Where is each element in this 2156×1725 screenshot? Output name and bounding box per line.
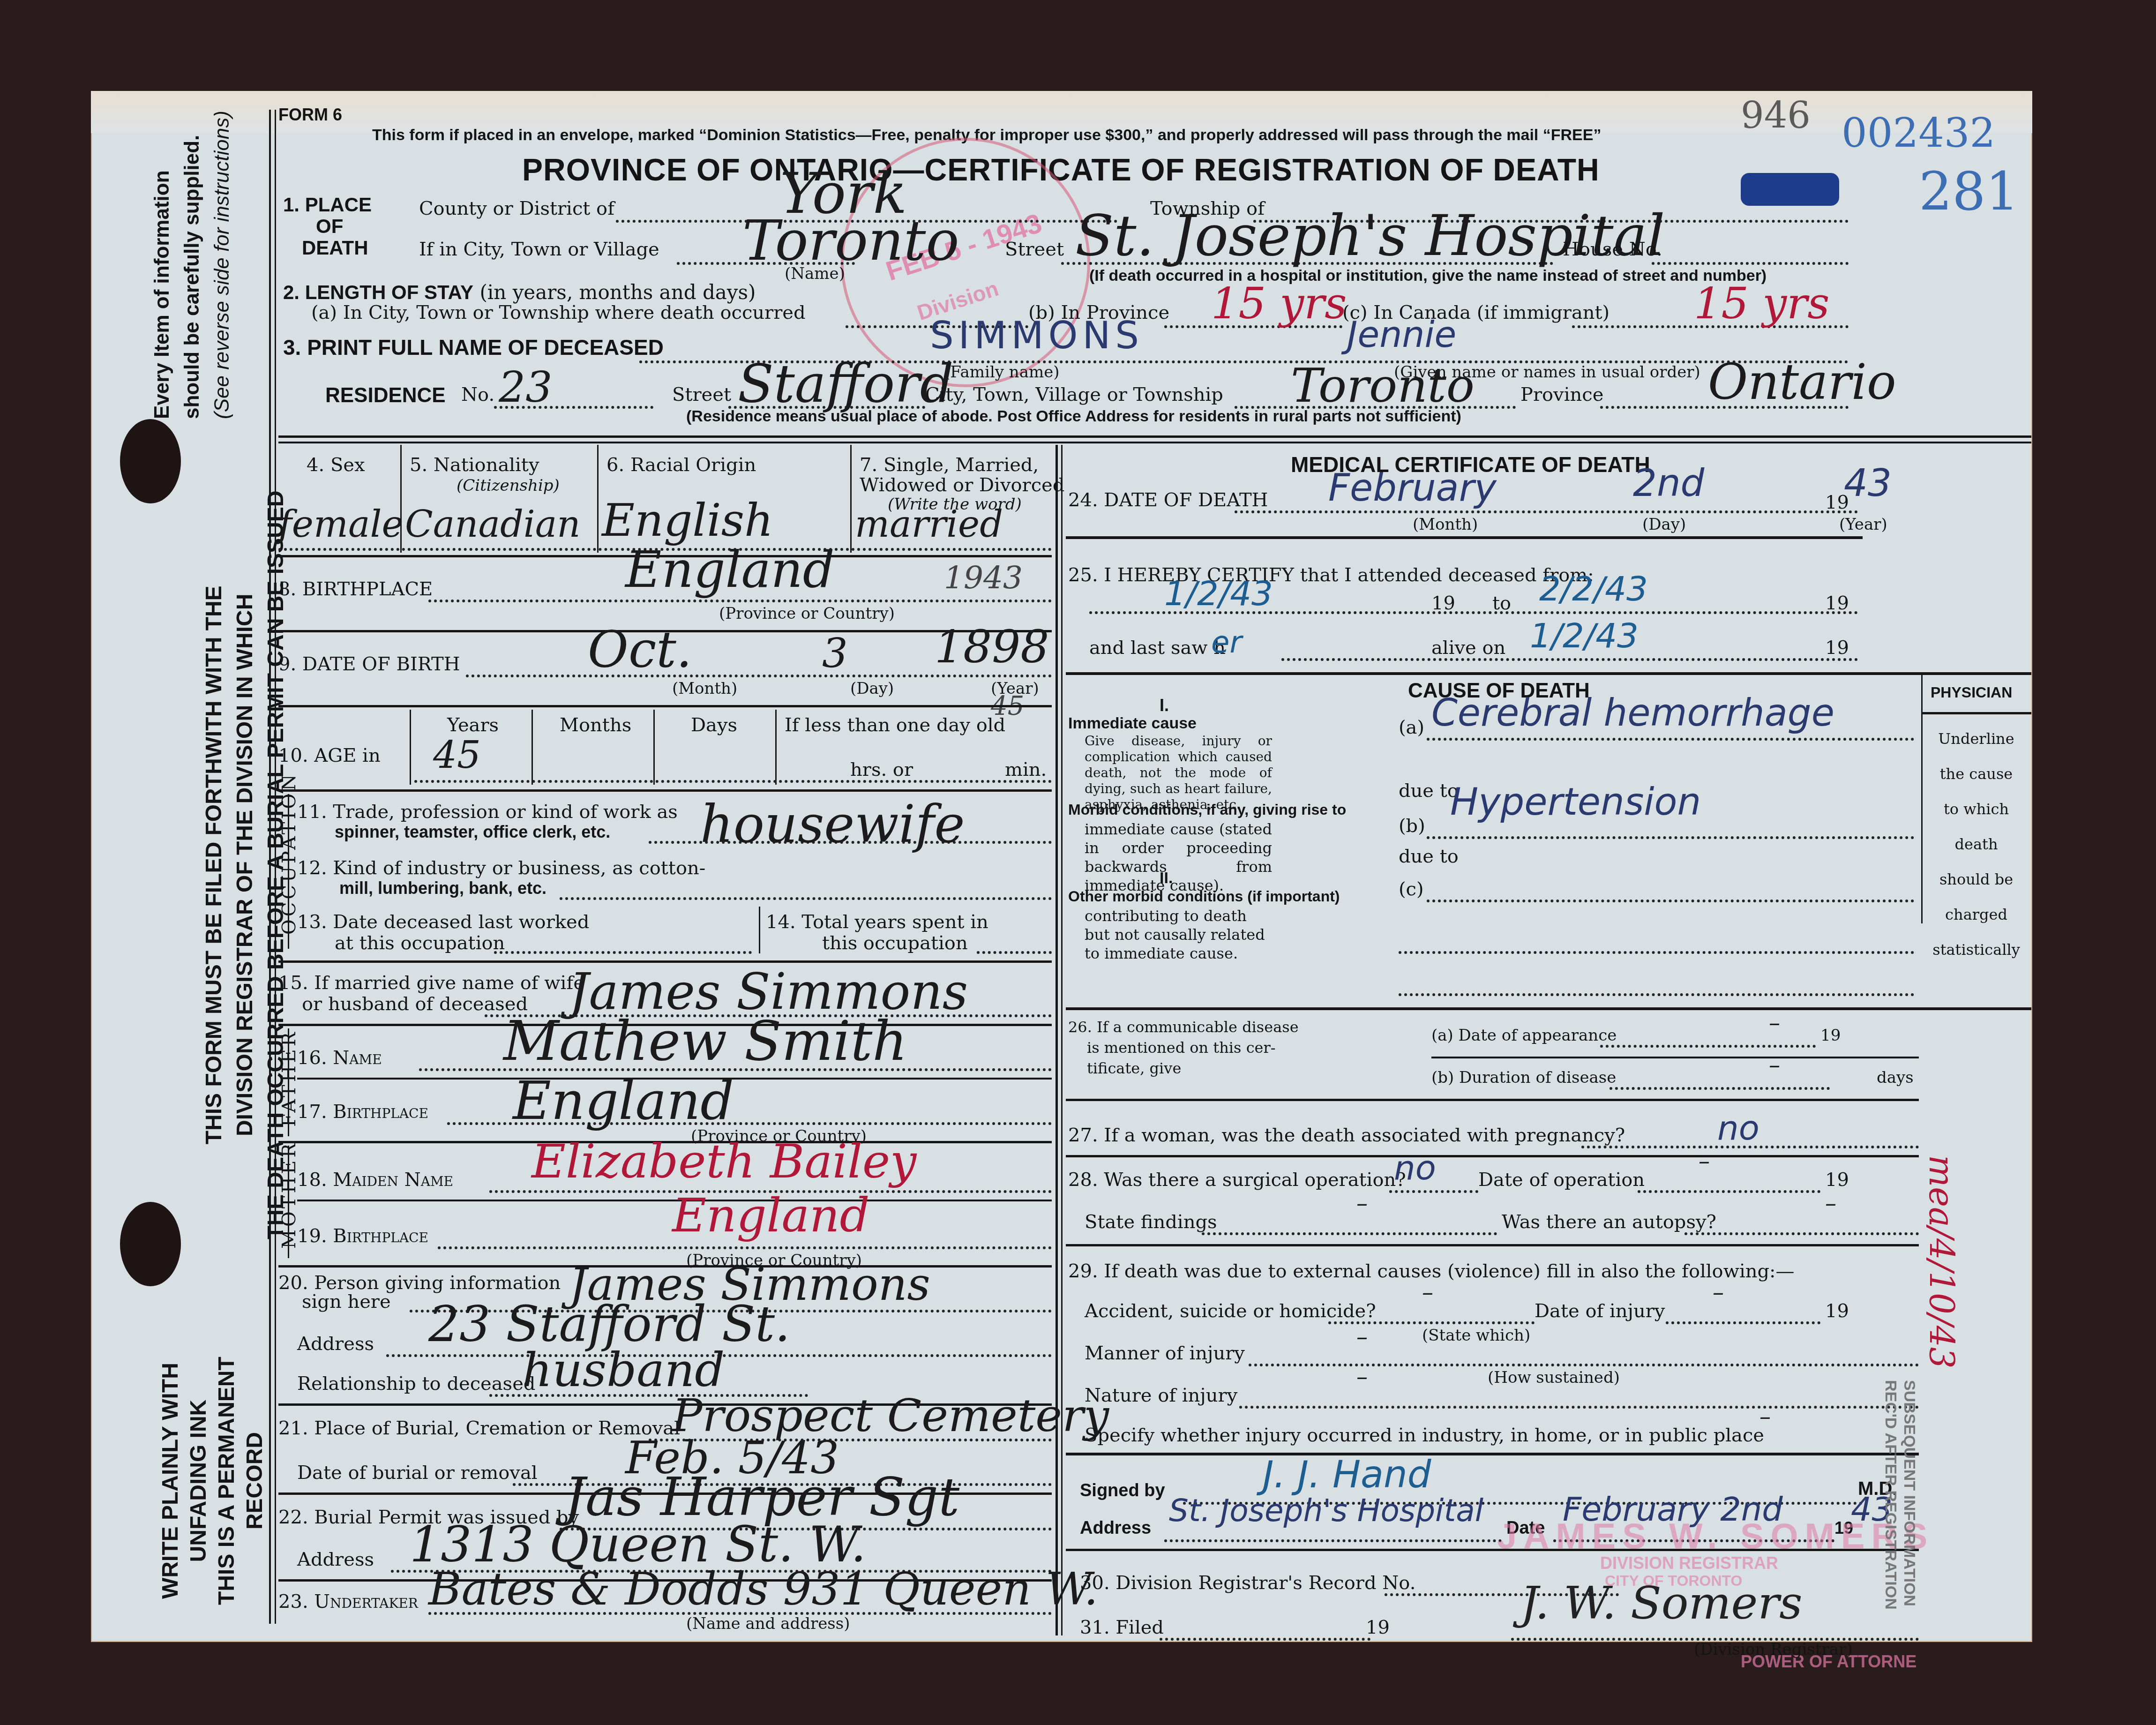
injury-19: 19 bbox=[1825, 1300, 1849, 1322]
operation-date-value[interactable]: – bbox=[1699, 1148, 1710, 1174]
alive-on-line bbox=[1281, 658, 1858, 661]
registration-number: 002432 bbox=[1842, 110, 1995, 157]
house-label: House No. bbox=[1563, 239, 1662, 260]
margin-filing-notice: THIS FORM MUST BE FILED FORTHWITH WITH T… bbox=[199, 491, 292, 1239]
operation-date-line bbox=[1638, 1190, 1820, 1193]
margin-line: (See reverse side for instructions) bbox=[207, 111, 237, 419]
mother-maiden-value[interactable]: Elizabeth Bailey bbox=[532, 1134, 917, 1189]
autopsy-label: Was there an autopsy? bbox=[1502, 1211, 1716, 1233]
dod-month-value[interactable]: February bbox=[1328, 466, 1497, 510]
filed-label: 31. Filed bbox=[1080, 1617, 1164, 1638]
surgery-label: 28. Was there a surgical operation? bbox=[1068, 1169, 1406, 1191]
margin-divider bbox=[269, 110, 271, 1624]
signature-address-label: Address bbox=[1080, 1518, 1151, 1538]
to-label: to bbox=[1492, 592, 1511, 614]
county-label: County or District of bbox=[419, 198, 614, 219]
stay-canada-value[interactable]: 15 yrs bbox=[1694, 278, 1829, 329]
dob-month-caption: (Month) bbox=[672, 679, 737, 698]
dod-month-caption: (Month) bbox=[1413, 515, 1478, 534]
racial-origin-label: 6. Racial Origin bbox=[606, 454, 756, 476]
dob-day-caption: (Day) bbox=[850, 679, 894, 698]
immediate-cause-title: Immediate cause bbox=[1068, 714, 1197, 733]
row-divider bbox=[1066, 1099, 1919, 1101]
residence-province-value[interactable]: Ontario bbox=[1708, 353, 1896, 411]
duration-line bbox=[1610, 1087, 1830, 1090]
physician-note-line: to which bbox=[1926, 792, 2027, 827]
age-label: 10. AGE in bbox=[278, 745, 381, 766]
cell-divider bbox=[850, 445, 852, 553]
morbid-note: immediate cause (stated in order proceed… bbox=[1085, 820, 1272, 895]
cell-divider bbox=[759, 907, 760, 953]
column-divider bbox=[1056, 445, 1058, 1635]
communicable-label: 26. If a communicable disease is mention… bbox=[1068, 1017, 1299, 1079]
residence-note: (Residence means usual place of abode. P… bbox=[686, 407, 1461, 426]
cell-divider bbox=[775, 710, 777, 785]
residence-label: RESIDENCE bbox=[325, 384, 446, 407]
findings-label: State findings bbox=[1085, 1211, 1217, 1233]
registrar-stamp-title: DIVISION REGISTRAR bbox=[1600, 1553, 1778, 1573]
undertaker-label: 23. Undertaker bbox=[278, 1591, 418, 1612]
signature-address-value[interactable]: St. Joseph's Hospital bbox=[1169, 1492, 1483, 1529]
place-of-death-label: 1. PLACE OF DEATH bbox=[283, 194, 372, 259]
cell-divider bbox=[410, 710, 411, 785]
last-saw-pronoun[interactable]: er bbox=[1211, 625, 1242, 660]
cause-due-to-1: due to bbox=[1399, 780, 1459, 802]
nationality-note: (Citizenship) bbox=[457, 476, 560, 495]
label-part: PLACE bbox=[305, 194, 372, 216]
dod-line bbox=[1235, 510, 1858, 513]
stamped-number-top: 946 bbox=[1741, 95, 1811, 137]
cause-section-2: II. bbox=[1160, 869, 1173, 887]
row-divider bbox=[1066, 1007, 2031, 1010]
mother-birthplace-line bbox=[438, 1246, 1052, 1249]
injury-date-value[interactable]: – bbox=[1713, 1279, 1724, 1305]
last-worked-label-2: at this occupation bbox=[335, 932, 505, 954]
age-min-label: min. bbox=[1005, 759, 1047, 780]
residence-city-value[interactable]: Toronto bbox=[1291, 358, 1475, 413]
margin-ink-notice: WRITE PLAINLY WITH UNFADING INK THIS IS … bbox=[157, 1357, 269, 1605]
cause-b-line bbox=[1427, 836, 1914, 839]
physician-note-line: Underline bbox=[1926, 721, 2027, 757]
row-divider bbox=[278, 789, 1052, 792]
alive-on-label: alive on bbox=[1431, 637, 1505, 659]
spouse-label-2: or husband of deceased bbox=[302, 993, 528, 1015]
row-divider bbox=[1066, 672, 2031, 675]
other-conditions-line-1 bbox=[1399, 951, 1914, 954]
margin-line: UNFADING INK bbox=[185, 1357, 213, 1605]
other-morbid-note: contributing to death but not causally r… bbox=[1085, 907, 1272, 963]
age-years-value[interactable]: 45 bbox=[433, 733, 481, 777]
age-days-label: Days bbox=[691, 714, 737, 736]
cause-a-value[interactable]: Cerebral hemorrhage bbox=[1431, 691, 1834, 735]
subsequent-info-note: mea/4/10/43 bbox=[1922, 1155, 1961, 1369]
stamp-line: REC'D AFTER REGISTRATION bbox=[1881, 1380, 1900, 1610]
manner-label: Manner of injury bbox=[1085, 1342, 1245, 1364]
nature-label: Nature of injury bbox=[1085, 1385, 1237, 1406]
father-birthplace-label: 17. Birthplace bbox=[297, 1101, 428, 1123]
relationship-label: Relationship to deceased bbox=[297, 1373, 535, 1395]
dob-line bbox=[466, 675, 1052, 677]
dob-day-value[interactable]: 3 bbox=[822, 630, 848, 677]
last-worked-label-1: 13. Date deceased last worked bbox=[297, 911, 589, 933]
cause-b-value[interactable]: Hypertension bbox=[1450, 780, 1701, 824]
other-morbid-title: Other morbid conditions (if important) bbox=[1068, 888, 1340, 905]
residence-street-value[interactable]: Stafford bbox=[738, 353, 954, 414]
mother-birthplace-value[interactable]: England bbox=[672, 1188, 869, 1243]
physician-note-line: the cause bbox=[1926, 757, 2027, 792]
morbid-title: Morbid conditions, if any, giving rise t… bbox=[1068, 801, 1346, 818]
row-divider bbox=[1066, 536, 1863, 539]
dod-label: 24. DATE OF DEATH bbox=[1068, 489, 1268, 511]
record-no-label: 30. Division Registrar's Record No. bbox=[1080, 1572, 1415, 1594]
physician-note-line: death bbox=[1926, 827, 2027, 862]
birthplace-label: 8. BIRTHPLACE bbox=[278, 578, 433, 600]
length-of-stay-label: 2. LENGTH OF STAY (in years, months and … bbox=[283, 281, 756, 304]
section-divider bbox=[278, 442, 2031, 443]
autopsy-line bbox=[1684, 1232, 1919, 1235]
pregnancy-label: 27. If a woman, was the death associated… bbox=[1068, 1125, 1625, 1146]
age-less-label: If less than one day old bbox=[785, 714, 1005, 736]
city-value[interactable]: Toronto bbox=[742, 208, 959, 273]
row-divider bbox=[1431, 1057, 1919, 1058]
physician-note-line: charged bbox=[1926, 897, 2027, 932]
filed-line bbox=[1160, 1638, 1370, 1641]
margin-line: RECORD bbox=[241, 1357, 269, 1605]
last-saw-label: and last saw h bbox=[1089, 637, 1226, 659]
label-part: DEATH bbox=[283, 237, 368, 259]
attended-to-19: 19 bbox=[1825, 592, 1849, 614]
father-name-value[interactable]: Mathew Smith bbox=[503, 1010, 907, 1073]
sex-label: 4. Sex bbox=[307, 454, 365, 476]
marital-label-2: Widowed or Divorced bbox=[860, 474, 1064, 496]
margin-line: DIVISION REGISTRAR OF THE DIVISION IN WH… bbox=[230, 491, 261, 1239]
registrar-signature[interactable]: J. W. Somers bbox=[1520, 1577, 1803, 1629]
given-name-value[interactable]: Jennie bbox=[1347, 314, 1456, 355]
occupation-section-label: OCCUPATION bbox=[278, 772, 300, 935]
burial-place-label: 21. Place of Burial, Cremation or Remova… bbox=[278, 1417, 680, 1439]
appearance-19: 19 bbox=[1820, 1026, 1841, 1045]
physician-header-rule bbox=[1921, 712, 2031, 714]
surgery-value[interactable]: no bbox=[1394, 1148, 1436, 1187]
dob-month-value[interactable]: Oct. bbox=[588, 621, 692, 678]
certify-label: 25. I HEREBY CERTIFY that I attended dec… bbox=[1068, 564, 1594, 586]
nationality-value[interactable]: Canadian bbox=[405, 503, 581, 546]
physician-header: PHYSICIAN bbox=[1931, 684, 2012, 701]
column-divider bbox=[1061, 445, 1063, 1635]
margin-line: THIS IS A PERMANENT bbox=[213, 1357, 241, 1605]
street-label: Street bbox=[1005, 239, 1064, 260]
dod-day-value[interactable]: 2nd bbox=[1633, 461, 1704, 505]
name-caption: (Name) bbox=[785, 264, 845, 283]
other-conditions-line-2 bbox=[1399, 993, 1914, 996]
trade-label-2: spinner, teamster, office clerk, etc. bbox=[335, 822, 610, 842]
nature-value[interactable]: – bbox=[1356, 1364, 1368, 1390]
marital-label-1: 7. Single, Married, bbox=[860, 454, 1039, 476]
informant-address-label: Address bbox=[297, 1333, 374, 1355]
industry-line bbox=[560, 897, 1052, 900]
cause-b-label: (b) bbox=[1399, 815, 1425, 837]
total-years-label-1: 14. Total years spent in bbox=[766, 911, 988, 933]
industry-label-2: mill, lumbering, bank, etc. bbox=[339, 878, 546, 898]
registrar-caption: (Division Registrar) bbox=[1694, 1640, 1853, 1659]
section-divider bbox=[278, 435, 2031, 438]
row-divider bbox=[1066, 1453, 1919, 1455]
label-part: OF bbox=[283, 215, 343, 237]
row-divider bbox=[1066, 1155, 1919, 1157]
specify-label: Specify whether injury occurred in indus… bbox=[1085, 1425, 1764, 1446]
duration-label: (b) Duration of disease bbox=[1431, 1068, 1616, 1087]
mother-maiden-label: 18. Maiden Name bbox=[297, 1169, 453, 1191]
attended-from-19: 19 bbox=[1431, 592, 1455, 614]
family-name-caption: (Family name) bbox=[944, 363, 1060, 382]
label-part: tificate, give bbox=[1068, 1058, 1299, 1079]
house-line bbox=[1652, 262, 1849, 265]
findings-line bbox=[1202, 1232, 1497, 1235]
dod-day-caption: (Day) bbox=[1642, 515, 1686, 534]
marital-value[interactable]: married bbox=[855, 503, 1003, 546]
dob-year-value[interactable]: 1898 bbox=[935, 621, 1049, 673]
cell-divider bbox=[653, 710, 655, 785]
spouse-label-1: 15. If married give name of wife bbox=[278, 972, 584, 994]
family-name-value[interactable]: SIMMONS bbox=[930, 314, 1144, 357]
accident-value[interactable]: – bbox=[1422, 1279, 1433, 1305]
injury-date-label: Date of injury bbox=[1535, 1300, 1665, 1322]
father-birthplace-value[interactable]: England bbox=[513, 1071, 734, 1132]
birthplace-calculation: 1943 bbox=[944, 560, 1023, 596]
operation-19: 19 bbox=[1825, 1169, 1849, 1191]
row-divider bbox=[278, 705, 1052, 707]
nationality-label: 5. Nationality bbox=[410, 454, 539, 476]
surgery-line bbox=[1389, 1190, 1478, 1193]
autopsy-value[interactable]: – bbox=[1825, 1190, 1836, 1216]
informant-label-2: sign here bbox=[302, 1291, 391, 1312]
operation-date-label: Date of operation bbox=[1478, 1169, 1645, 1191]
accident-label: Accident, suicide or homicide? bbox=[1085, 1300, 1376, 1322]
attended-from-value[interactable]: 1/2/43 bbox=[1164, 574, 1273, 613]
last-worked-line bbox=[494, 951, 752, 954]
registrar-stamp-name: JAMES W. SOMERS bbox=[1497, 1516, 1934, 1557]
deceased-name-label: 3. PRINT FULL NAME OF DECEASED bbox=[283, 335, 664, 360]
margin-line: Every Item of information bbox=[147, 111, 177, 419]
nature-line bbox=[1239, 1406, 1919, 1409]
cause-section-1: I. bbox=[1160, 696, 1169, 715]
trade-label-1: 11. Trade, profession or kind of work as bbox=[297, 801, 678, 823]
cause-due-to-2: due to bbox=[1399, 846, 1459, 867]
division-number: 281 bbox=[1919, 161, 2019, 222]
stay-province-value[interactable]: 15 yrs bbox=[1211, 278, 1347, 329]
undertaker-caption: (Name and address) bbox=[686, 1614, 850, 1633]
residence-no-label: No. bbox=[461, 384, 494, 405]
manner-line bbox=[1249, 1364, 1919, 1366]
residence-no-value[interactable]: 23 bbox=[499, 363, 553, 412]
appearance-value[interactable]: – bbox=[1769, 1010, 1780, 1036]
margin-line: THIS FORM MUST BE FILED FORTHWITH WITH T… bbox=[199, 491, 230, 1239]
permit-address-label: Address bbox=[297, 1549, 374, 1570]
physician-note-line: statistically bbox=[1926, 932, 2027, 967]
cell-divider bbox=[532, 710, 533, 785]
dod-year-value[interactable]: 43 bbox=[1844, 461, 1892, 505]
age-line bbox=[414, 780, 1052, 783]
undertaker-value[interactable]: Bates & Dodds 931 Queen W. bbox=[428, 1563, 1098, 1615]
birthplace-value[interactable]: England bbox=[625, 541, 835, 599]
stay-city-label: (a) In City, Town or Township where deat… bbox=[311, 302, 806, 323]
cause-c-label: (c) bbox=[1399, 878, 1424, 900]
industry-label-1: 12. Kind of industry or business, as cot… bbox=[297, 857, 705, 879]
city-label: If in City, Town or Village bbox=[419, 239, 659, 260]
label-part: 26. If a communicable disease bbox=[1068, 1017, 1299, 1037]
alive-on-value[interactable]: 1/2/43 bbox=[1530, 616, 1639, 655]
racial-origin-value[interactable]: English bbox=[602, 494, 773, 547]
findings-value[interactable]: – bbox=[1356, 1190, 1368, 1216]
physician-signature[interactable]: J. J. Hand bbox=[1263, 1453, 1431, 1496]
dob-label: 9. DATE OF BIRTH bbox=[278, 653, 460, 675]
margin-divider bbox=[275, 110, 276, 1624]
alive-on-19: 19 bbox=[1825, 637, 1849, 659]
total-years-line bbox=[977, 951, 1052, 954]
birthplace-line bbox=[428, 600, 1052, 602]
duration-value[interactable]: – bbox=[1769, 1052, 1780, 1078]
institution-note: (If death occurred in a hospital or inst… bbox=[1089, 267, 1767, 285]
margin-line: should be carefully supplied. bbox=[177, 111, 207, 419]
form-number: FORM 6 bbox=[278, 105, 342, 125]
specify-value[interactable]: – bbox=[1759, 1403, 1771, 1430]
residence-province-label: Province bbox=[1520, 384, 1603, 405]
age-months-label: Months bbox=[560, 714, 631, 736]
attended-to-value[interactable]: 2/2/43 bbox=[1539, 569, 1648, 608]
item-number: 1. bbox=[283, 194, 299, 216]
burial-date-label: Date of burial or removal bbox=[297, 1462, 538, 1484]
appearance-line bbox=[1600, 1045, 1816, 1048]
cause-a-line bbox=[1427, 738, 1914, 741]
manner-value[interactable]: – bbox=[1356, 1324, 1368, 1350]
binder-hole-bottom bbox=[120, 1202, 181, 1286]
certificate-paper: Every Item of information should be care… bbox=[91, 91, 2032, 1642]
label-part: is mentioned on this cer- bbox=[1068, 1037, 1299, 1058]
margin-instructions: Every Item of information should be care… bbox=[147, 111, 237, 419]
cause-a-label: (a) bbox=[1399, 717, 1424, 738]
birthplace-caption: (Province or Country) bbox=[719, 604, 895, 623]
label-part: 2. LENGTH OF STAY bbox=[283, 281, 473, 303]
pregnancy-value[interactable]: no bbox=[1717, 1108, 1759, 1147]
label-part: (in years, months and days) bbox=[479, 281, 756, 304]
physician-note: Underline the cause to which death shoul… bbox=[1926, 721, 2027, 967]
mother-birthplace-label: 19. Birthplace bbox=[297, 1225, 428, 1247]
duration-days: days bbox=[1877, 1068, 1914, 1087]
stamp-line: SUBSEQUENT INFORMATION bbox=[1900, 1380, 1919, 1610]
father-name-label: 16. Name bbox=[297, 1047, 382, 1069]
subsequent-info-stamp: SUBSEQUENT INFORMATION REC'D AFTER REGIS… bbox=[1881, 1380, 1919, 1610]
appearance-label: (a) Date of appearance bbox=[1431, 1026, 1617, 1045]
residence-street-label: Street bbox=[672, 384, 731, 405]
trade-value[interactable]: housewife bbox=[700, 794, 965, 854]
sex-value[interactable]: female bbox=[278, 503, 404, 546]
filed-19: 19 bbox=[1366, 1617, 1390, 1638]
binder-hole-top bbox=[120, 419, 181, 503]
signed-by-label: Signed by bbox=[1080, 1481, 1165, 1501]
cause-c-line bbox=[1427, 900, 1914, 902]
age-hrs-label: hrs. or bbox=[850, 759, 913, 780]
struck-out-number bbox=[1741, 173, 1839, 206]
signature-address-line bbox=[1164, 1539, 1502, 1542]
how-sustained-caption: (How sustained) bbox=[1488, 1368, 1620, 1387]
total-years-label-2: this occupation bbox=[822, 932, 968, 954]
injury-date-line bbox=[1666, 1321, 1820, 1324]
residence-city-label: City, Town, Village or Township bbox=[925, 384, 1223, 405]
margin-line: WRITE PLAINLY WITH bbox=[157, 1357, 185, 1605]
physician-note-line: should be bbox=[1926, 862, 2027, 897]
state-which-caption: (State which) bbox=[1422, 1326, 1530, 1345]
cell-divider bbox=[597, 445, 599, 553]
dod-year-caption: (Year) bbox=[1839, 515, 1887, 534]
row-divider bbox=[1066, 1244, 1919, 1246]
